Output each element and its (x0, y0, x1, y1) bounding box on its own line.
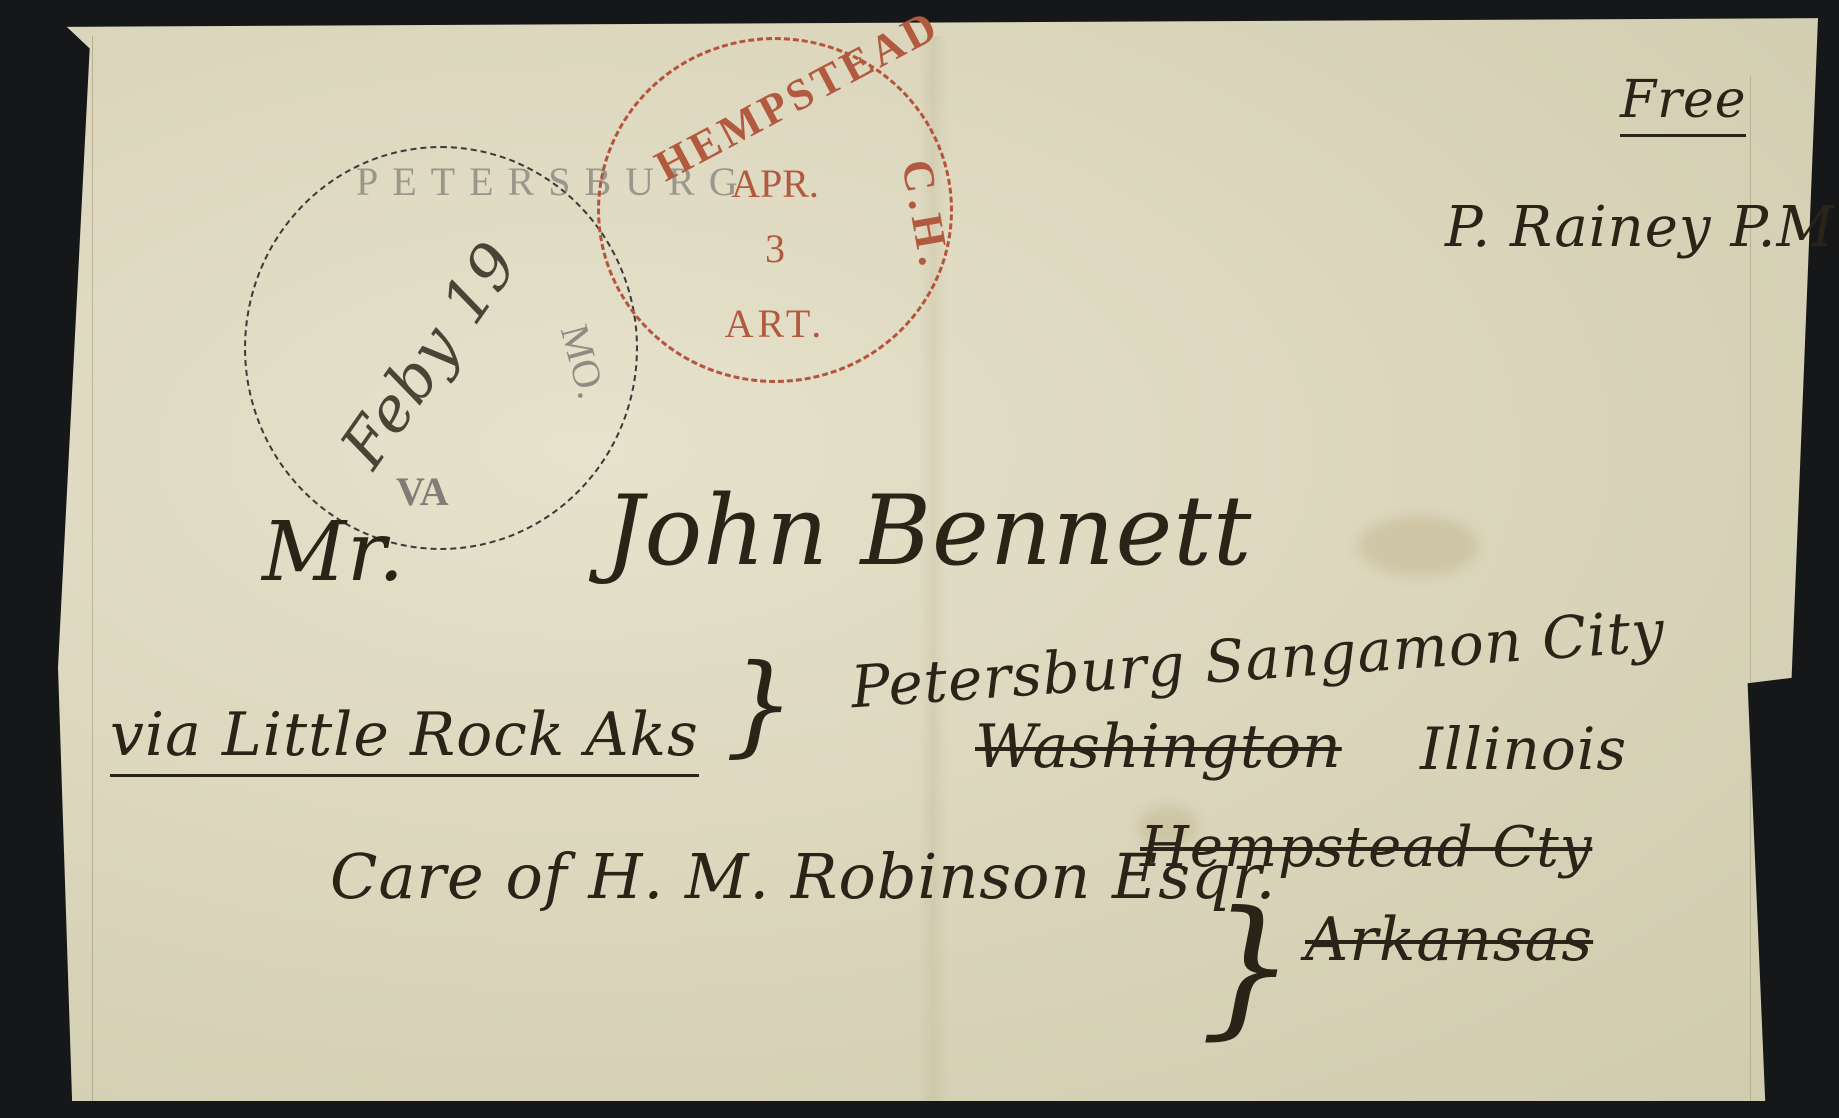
addressee-name: John Bennett (605, 475, 1252, 587)
routing-via: via Little Rock Aks (110, 700, 699, 777)
brace-mark: } (1200, 880, 1295, 1054)
foxing-stain (1358, 516, 1478, 576)
struck-state: Arkansas (1305, 905, 1593, 975)
red-cds-day: 3 (600, 225, 950, 272)
left-fold-edge (78, 36, 93, 1116)
manuscript-date: Feby 19 (326, 228, 533, 480)
brace-mark: } (725, 640, 795, 768)
free-frank-text: Free (1620, 70, 1746, 137)
address-salutation: Mr. (262, 505, 405, 600)
red-circular-datestamp: HEMPSTEAD C.H. APR. 3 ART. (597, 37, 953, 383)
struck-city: Washington (975, 712, 1342, 782)
postmaster-signature: P. Rainey P.M. (1445, 195, 1839, 260)
state-illinois: Illinois (1420, 715, 1627, 783)
red-cds-month: APR. (600, 160, 950, 207)
care-of-line: Care of H. M. Robinson Esqr. (330, 840, 1276, 913)
red-cds-state: ART. (600, 300, 950, 347)
black-circular-datestamp: PETERSBURG MO. VA Feby 19 (244, 146, 638, 550)
